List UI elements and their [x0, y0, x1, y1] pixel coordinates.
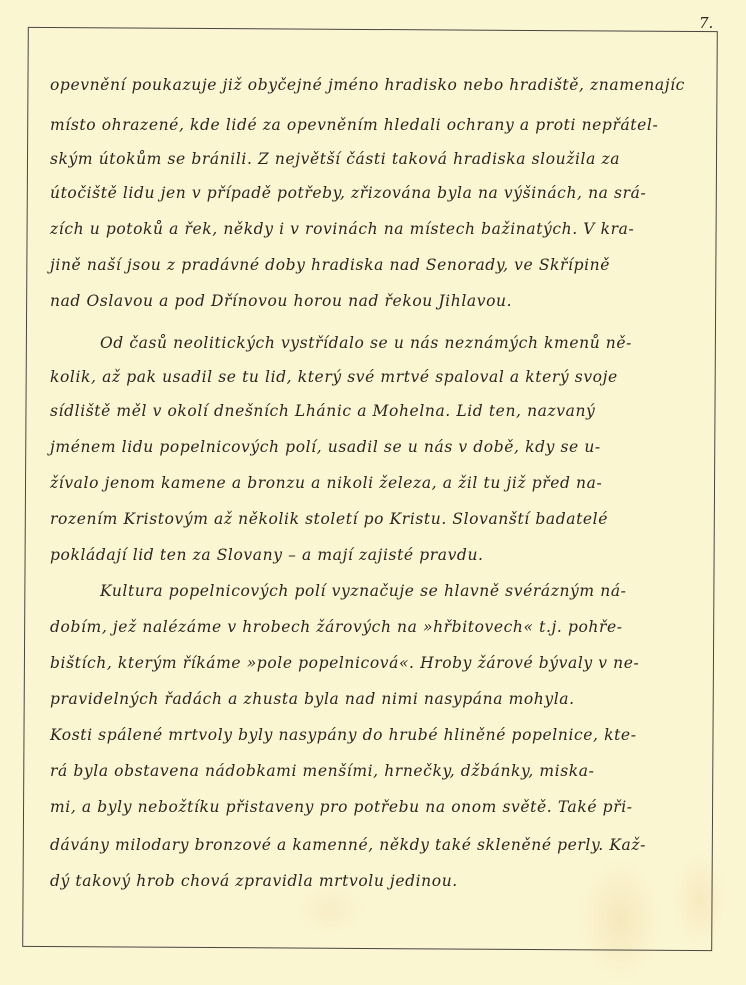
text-line: žívalo jenom kamene a bronzu a nikoli že… [50, 474, 602, 492]
text-line: Kosti spálené mrtvoly byly nasypány do h… [50, 726, 637, 744]
text-line: rozením Kristovým až několik století po … [50, 510, 608, 528]
text-line: ským útokům se bránili. Z největší části… [50, 150, 620, 168]
text-line: dávány milodary bronzové a kamenné, někd… [50, 836, 646, 854]
paragraph-start-line: Od časů neolitických vystřídalo se u nás… [100, 334, 632, 352]
text-line: místo ohrazené, kde lidé za opevněním hl… [50, 116, 658, 134]
manuscript-page: 7. opevnění poukazuje již obyčejné jméno… [0, 0, 746, 985]
text-line: útočiště lidu jen v případě potřeby, zři… [50, 184, 646, 202]
text-line: pokládají lid ten za Slovany – a mají za… [50, 546, 484, 564]
paragraph-start-line: Kultura popelnicových polí vyznačuje se … [100, 582, 627, 600]
text-line: pravidelných řadách a zhusta byla nad ni… [50, 690, 575, 708]
text-line: zích u potoků a řek, někdy i v rovinách … [50, 220, 634, 238]
text-line: kolik, až pak usadil se tu lid, který sv… [50, 368, 618, 386]
text-line: mi, a byly nebožtíku přistaveny pro potř… [50, 798, 633, 816]
text-line: rá byla obstavena nádobkami menšími, hrn… [50, 762, 594, 780]
text-line: jménem lidu popelnicových polí, usadil s… [50, 438, 601, 456]
text-line: dý takový hrob chová zpravidla mrtvolu j… [50, 872, 458, 890]
text-line: opevnění poukazuje již obyčejné jméno hr… [50, 76, 685, 94]
text-line: dobím, jež nalézáme v hrobech žárových n… [50, 618, 623, 636]
text-line: sídliště měl v okolí dnešních Lhánic a M… [50, 402, 595, 420]
text-line: nad Oslavou a pod Dřínovou horou nad řek… [50, 292, 512, 310]
page-number: 7. [699, 14, 713, 32]
text-line: jině naší jsou z pradávné doby hradiska … [50, 256, 610, 274]
text-line: bištích, kterým říkáme »pole popelnicová… [50, 654, 639, 672]
